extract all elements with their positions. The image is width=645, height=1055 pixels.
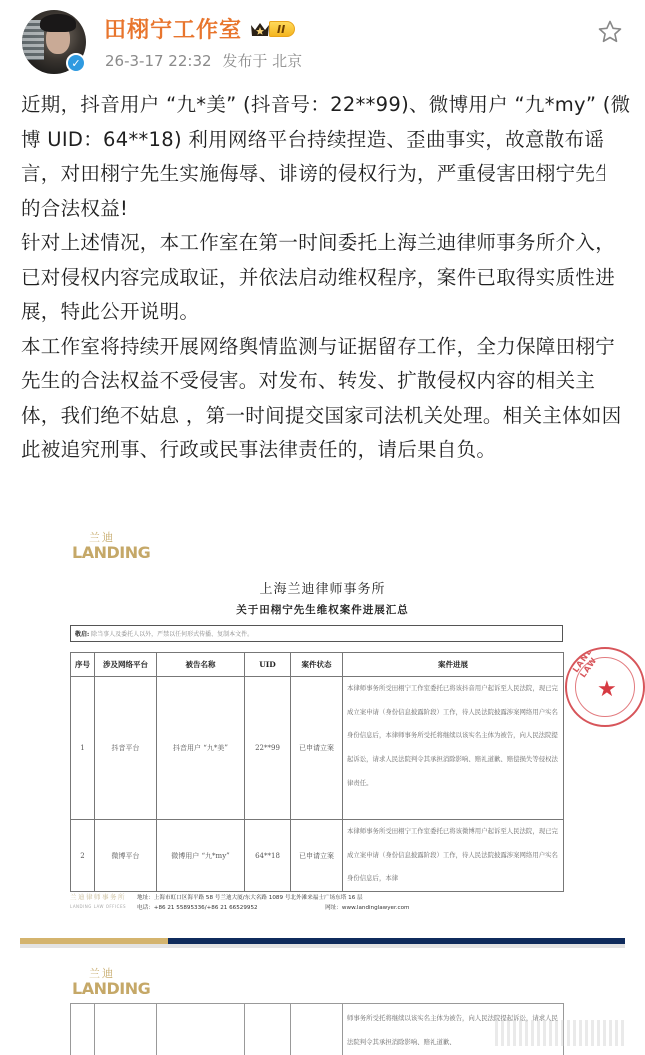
avatar-hair xyxy=(40,14,76,32)
footer-firm-cn: 兰迪律师事务所 xyxy=(70,892,130,901)
verified-badge-icon: ✓ xyxy=(66,53,86,73)
page-divider-shadow xyxy=(20,944,625,948)
post-header: ✓ 田栩宁工作室 II 26-3-17 22:32 发布于 北京 xyxy=(0,0,645,86)
landing-logo-page2: 兰迪 LANDING xyxy=(72,968,132,998)
document-subtitle: 关于田栩宁先生维权案件进展汇总 xyxy=(20,602,625,617)
watermark-overlay xyxy=(495,1020,625,1046)
paragraph-1: 近期，抖音用户 “九*美” (抖音号：22**99)、微博用户 “九*my” (… xyxy=(21,88,631,226)
cell-no: 1 xyxy=(71,677,95,820)
footer-contact: 地址：上海市虹口区海平路 58 号兰迪大厦/东大名路 1089 号北外滩来福士广… xyxy=(137,893,409,913)
table-row: 师事务所受托将继续以该实名主体为被告，向人民法院提起诉讼，请求人民法院判令其承担… xyxy=(71,1004,564,1055)
col-header: 序号 xyxy=(71,653,95,677)
cases-table-continued: 师事务所受托将继续以该实名主体为被告，向人民法院提起诉讼，请求人民法院判令其承担… xyxy=(70,1003,564,1055)
table-header-row: 序号 涉及网络平台 被告名称 UID 案件状态 案件进展 xyxy=(71,653,564,677)
cell-status: 已申请立案 xyxy=(291,820,343,892)
col-header: 案件状态 xyxy=(291,653,343,677)
table-row: 2 微博平台 微博用户 “九*my” 64**18 已申请立案 本律师事务所受田… xyxy=(71,820,564,892)
footer-website: 网址：www.landinglawyer.com xyxy=(325,905,409,911)
notice-text: 除当事人及委托人以外，严禁以任何形式传播、复制本文件。 xyxy=(91,631,253,638)
notice-label: 敬启: xyxy=(75,631,89,638)
vip-level: II xyxy=(269,21,295,37)
cell-defendant: 微博用户 “九*my” xyxy=(157,820,245,892)
cell-platform: 抖音平台 xyxy=(95,677,157,820)
col-header: 被告名称 xyxy=(157,653,245,677)
landing-logo: 兰迪 LANDING xyxy=(72,532,132,562)
logo-en: LANDING xyxy=(72,544,132,562)
cell-progress: 本律师事务所受田栩宁工作室委托已将该微博用户起诉至人民法院，现已完成立案申请（身… xyxy=(343,820,564,892)
post-location: 发布于 北京 xyxy=(222,52,302,70)
col-header: UID xyxy=(245,653,291,677)
favorite-star-icon[interactable] xyxy=(597,19,623,45)
attached-document-image[interactable]: 兰迪 LANDING 上海兰迪律师事务所 关于田栩宁先生维权案件进展汇总 敬启:… xyxy=(20,520,625,1055)
cell-defendant: 抖音用户 “九*美” xyxy=(157,677,245,820)
post-meta: 26-3-17 22:32 发布于 北京 xyxy=(105,50,308,71)
author-name[interactable]: 田栩宁工作室 xyxy=(104,13,242,44)
cell-progress: 本律师事务所受田栩宁工作室委托已将该抖音用户起诉至人民法院，现已完成立案申请（身… xyxy=(343,677,564,820)
cell-uid: 64**18 xyxy=(245,820,291,892)
crown-icon xyxy=(250,21,270,37)
vip-badge[interactable]: II xyxy=(250,21,295,37)
paragraph-3: 本工作室将持续开展网络舆情监测与证据留存工作，全力保障田栩宁先生的合法权益不受侵… xyxy=(21,330,631,468)
col-header: 案件进展 xyxy=(343,653,564,677)
post-body: 近期，抖音用户 “九*美” (抖音号：22**99)、微博用户 “九*my” (… xyxy=(21,88,631,468)
law-firm-seal: LANDING LAW ★ xyxy=(565,647,645,727)
table-row: 1 抖音平台 抖音用户 “九*美” 22**99 已申请立案 本律师事务所受田栩… xyxy=(71,677,564,820)
confidentiality-notice: 敬启: 除当事人及委托人以外，严禁以任何形式传播、复制本文件。 xyxy=(70,625,563,642)
col-header: 涉及网络平台 xyxy=(95,653,157,677)
author-row: 田栩宁工作室 II xyxy=(104,13,295,44)
logo-en: LANDING xyxy=(72,980,132,998)
document-title: 上海兰迪律师事务所 xyxy=(20,578,625,597)
footer-phone: 电话：+86 21 55895336/+86 21 66529952 xyxy=(137,905,258,911)
paragraph-2: 针对上述情况，本工作室在第一时间委托上海兰迪律师事务所介入，已对侵权内容完成取证… xyxy=(21,226,631,330)
footer-firm-name: 兰迪律师事务所 LANDING LAW OFFICES xyxy=(70,892,130,909)
cell-platform: 微博平台 xyxy=(95,820,157,892)
cell-uid: 22**99 xyxy=(245,677,291,820)
cases-table: 序号 涉及网络平台 被告名称 UID 案件状态 案件进展 1 抖音平台 抖音用户… xyxy=(70,652,564,892)
post-timestamp: 26-3-17 22:32 xyxy=(105,52,212,70)
seal-star-icon: ★ xyxy=(597,677,617,702)
footer-address: 地址：上海市虹口区海平路 58 号兰迪大厦/东大名路 1089 号北外滩来福士广… xyxy=(137,893,409,903)
image-edge-mask xyxy=(605,120,645,220)
footer-phone-web: 电话：+86 21 55895336/+86 21 66529952 网址：ww… xyxy=(137,903,409,913)
cell-status: 已申请立案 xyxy=(291,677,343,820)
footer-firm-en: LANDING LAW OFFICES xyxy=(70,904,130,909)
cell-no: 2 xyxy=(71,820,95,892)
